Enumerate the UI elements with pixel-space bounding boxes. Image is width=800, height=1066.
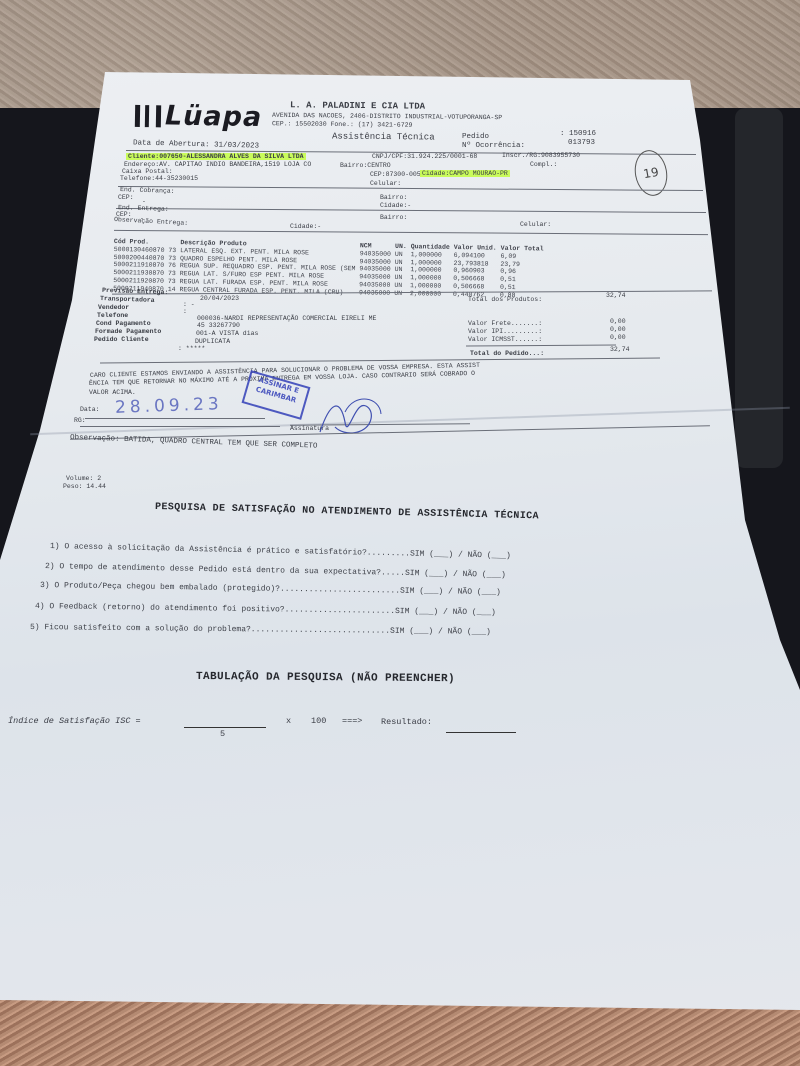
- pedido-value: : 150916: [560, 130, 596, 138]
- cond-pagamento-value: 001-A VISTA dias: [196, 330, 258, 337]
- survey-question-4: 4) O Feedback (retorno) do atendimento f…: [35, 602, 496, 617]
- vendedor-value: 000036-NARDI REPRESENTAÇÃO COMERCIAL EIR…: [197, 315, 376, 322]
- caixa-postal: Caixa Postal:: [122, 168, 173, 175]
- isc-arrow: ===>: [342, 716, 362, 726]
- endereco: Endereço:AV. CAPITAO INDIO BANDEIRA,1519…: [124, 161, 311, 168]
- telefone: Telefone:44-35230015: [120, 175, 198, 182]
- cidade-cobranca: Cidade:-: [380, 202, 411, 209]
- valor-icmsst-label: Valor ICMSST......:: [468, 336, 542, 343]
- survey-question-1: 1) O acesso à solicitação da Assistência…: [50, 542, 511, 561]
- divider: [100, 358, 660, 364]
- tabulacao-title: TABULAÇÃO DA PESQUISA (NÃO PREENCHER): [196, 671, 455, 685]
- inscricao: Inscr./RG:9083955730: [502, 152, 580, 159]
- telefone-value: 45 33267790: [197, 322, 240, 329]
- valor-frete-label: Valor Frete.......:: [468, 320, 542, 327]
- bairro-cobranca: Bairro:: [380, 194, 407, 201]
- survey-question-5: 5) Ficou satisfeito com a solução do pro…: [30, 623, 491, 637]
- survey-question-2: 2) O tempo de atendimento desse Pedido e…: [45, 562, 506, 580]
- cep-cobranca-value: -: [142, 198, 146, 205]
- cnpj: CNPJ/CPF:31.924.225/0001-68: [372, 153, 477, 160]
- rg-line: [80, 426, 280, 427]
- handwritten-date: 28.09.23: [115, 394, 223, 418]
- isc-times: x: [286, 716, 291, 726]
- telefone-label: Telefone: [97, 312, 128, 319]
- valor-icmsst-value: 0,00: [610, 334, 626, 341]
- date-line: [85, 418, 265, 419]
- isc-denominator: 5: [220, 729, 225, 739]
- data-abertura-value: 31/03/2023: [214, 141, 259, 150]
- pedido-cliente-value: : *****: [178, 345, 205, 352]
- table-cell: UN: [395, 251, 411, 259]
- cliente: Cliente:007650-ALESSANDRA ALVES DA SILVA…: [126, 153, 306, 160]
- celular: Celular:: [370, 180, 401, 187]
- aviso-line-3: VALOR ACIMA.: [89, 389, 136, 396]
- observacao-entrega: Observação Entrega:: [114, 216, 188, 227]
- valor-frete-value: 0,00: [610, 318, 626, 325]
- cond-pagamento-label: Cond Pagamento: [96, 320, 151, 327]
- previsao-entrega-value: 20/04/2023: [200, 295, 239, 302]
- resultado-label: Resultado:: [381, 717, 432, 727]
- cep: CEP:87300-005: [370, 171, 421, 178]
- bairro: Bairro:CENTRO: [340, 162, 391, 169]
- data-abertura: Data de Abertura: 31/03/2023: [133, 139, 259, 150]
- handwritten-signature: [315, 392, 385, 442]
- survey-question-3: 3) O Produto/Peça chegou bem embalado (p…: [40, 581, 501, 597]
- vendedor-label: Vendedor: [98, 304, 129, 311]
- company-cep-phone: CEP.: 15502030 Fone.: (17) 3421-6729: [272, 120, 413, 128]
- resultado-line: [446, 732, 516, 733]
- handwritten-circled-number: 19: [631, 148, 671, 199]
- products-column-header: UN.: [395, 243, 411, 251]
- pedido-label: Pedido: [462, 133, 489, 141]
- compl: Compl.:: [530, 161, 557, 168]
- total-produtos-value: 32,74: [606, 292, 626, 299]
- cidade-entrega: Cidade:-: [290, 223, 321, 230]
- total-pedido-value: 32,74: [610, 346, 630, 353]
- document-title: Assistência Técnica: [332, 131, 435, 142]
- logo-mark-icon: [135, 104, 161, 126]
- valor-ipi-label: Valor IPI.........:: [468, 328, 542, 335]
- transportadora-value: : -: [183, 301, 195, 308]
- data-label: Data:: [80, 406, 100, 413]
- document-content: Lüapa L. A. PALADINI E CIA LTDA AVENIDA …: [0, 0, 800, 1066]
- bairro-entrega: Bairro:: [380, 214, 407, 221]
- table-cell: 94035000: [360, 250, 395, 258]
- pedido-cliente-label: Pedido Cliente: [94, 336, 149, 343]
- forma-pagamento-value: DUPLICATA: [195, 338, 230, 345]
- table-cell: 1,000000: [411, 251, 454, 260]
- peso: Peso: 14.44: [63, 483, 106, 490]
- total-pedido-label: Total do Pedido...:: [470, 350, 544, 357]
- isc-fraction-line: [184, 727, 266, 728]
- cidade: Cidade:CAMPO MOURAO-PR: [420, 170, 510, 177]
- total-produtos-label: Total dos Produtos:: [468, 296, 542, 303]
- isc-hundred: 100: [311, 716, 326, 726]
- ocorrencia-label: Nº Ocorrência:: [462, 142, 525, 150]
- ocorrencia-value: 013793: [568, 139, 595, 147]
- table-cell: UN: [394, 290, 410, 298]
- celular-entrega: Celular:: [520, 221, 551, 228]
- cep-cobranca: CEP:: [118, 194, 134, 201]
- isc-label: Índice de Satisfação ISC =: [8, 716, 141, 726]
- transportadora-label: Transportadora: [100, 295, 155, 304]
- survey-title: PESQUISA DE SATISFAÇÃO NO ATENDIMENTO DE…: [155, 502, 539, 522]
- rg-label: RG:: [74, 417, 86, 424]
- forma-pagamento-label: Formade Pagamento: [95, 328, 161, 335]
- company-name: L. A. PALADINI E CIA LTDA: [290, 100, 425, 111]
- valor-ipi-value: 0,00: [610, 326, 626, 333]
- volume: Volume: 2: [66, 475, 101, 482]
- table-cell: 94035000: [359, 289, 394, 297]
- table-cell: UN: [394, 282, 410, 290]
- company-logo: Lüapa: [135, 100, 263, 133]
- divider: [118, 186, 703, 191]
- logo-wordmark: Lüapa: [165, 100, 263, 133]
- divider: [114, 230, 708, 235]
- divider: [466, 344, 616, 346]
- vendedor-colon: :: [183, 308, 187, 315]
